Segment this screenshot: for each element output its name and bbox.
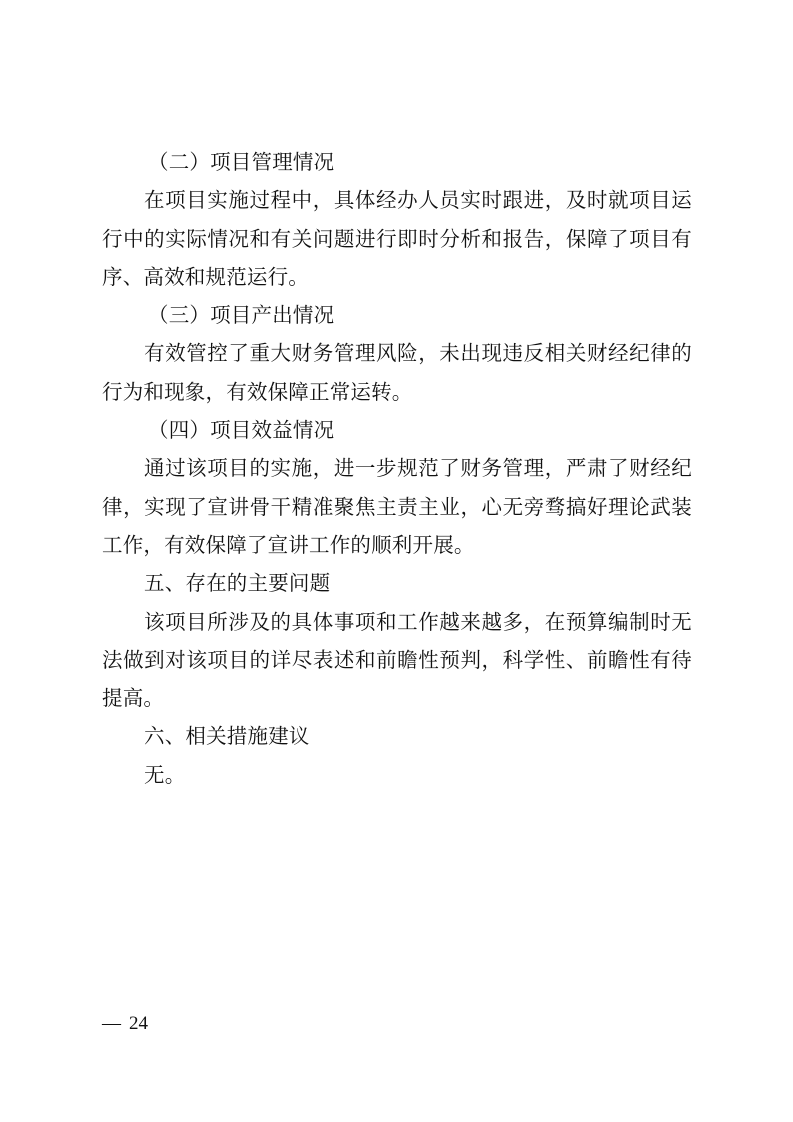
- paragraph-main-problems: 该项目所涉及的具体事项和工作越来越多，在预算编制时无法做到对该项目的详尽表述和前…: [102, 603, 692, 718]
- page-number: 24: [129, 1013, 148, 1034]
- page-number-dash: —: [102, 1013, 121, 1034]
- section-heading-project-output: （三）项目产出情况: [102, 296, 692, 334]
- section-heading-project-management: （二）项目管理情况: [102, 143, 692, 181]
- section-heading-project-benefits: （四）项目效益情况: [102, 411, 692, 449]
- paragraph-project-management: 在项目实施过程中，具体经办人员实时跟进，及时就项目运行中的实际情况和有关问题进行…: [102, 181, 692, 296]
- page-footer: —24: [102, 1013, 148, 1035]
- section-heading-main-problems: 五、存在的主要问题: [102, 564, 692, 602]
- section-heading-recommendations: 六、相关措施建议: [102, 717, 692, 755]
- paragraph-project-benefits: 通过该项目的实施，进一步规范了财务管理，严肃了财经纪律，实现了宣讲骨干精准聚焦主…: [102, 449, 692, 564]
- document-body: （二）项目管理情况 在项目实施过程中，具体经办人员实时跟进，及时就项目运行中的实…: [102, 143, 692, 794]
- paragraph-project-output: 有效管控了重大财务管理风险，未出现违反相关财经纪律的行为和现象，有效保障正常运转…: [102, 334, 692, 411]
- paragraph-recommendations: 无。: [102, 756, 692, 794]
